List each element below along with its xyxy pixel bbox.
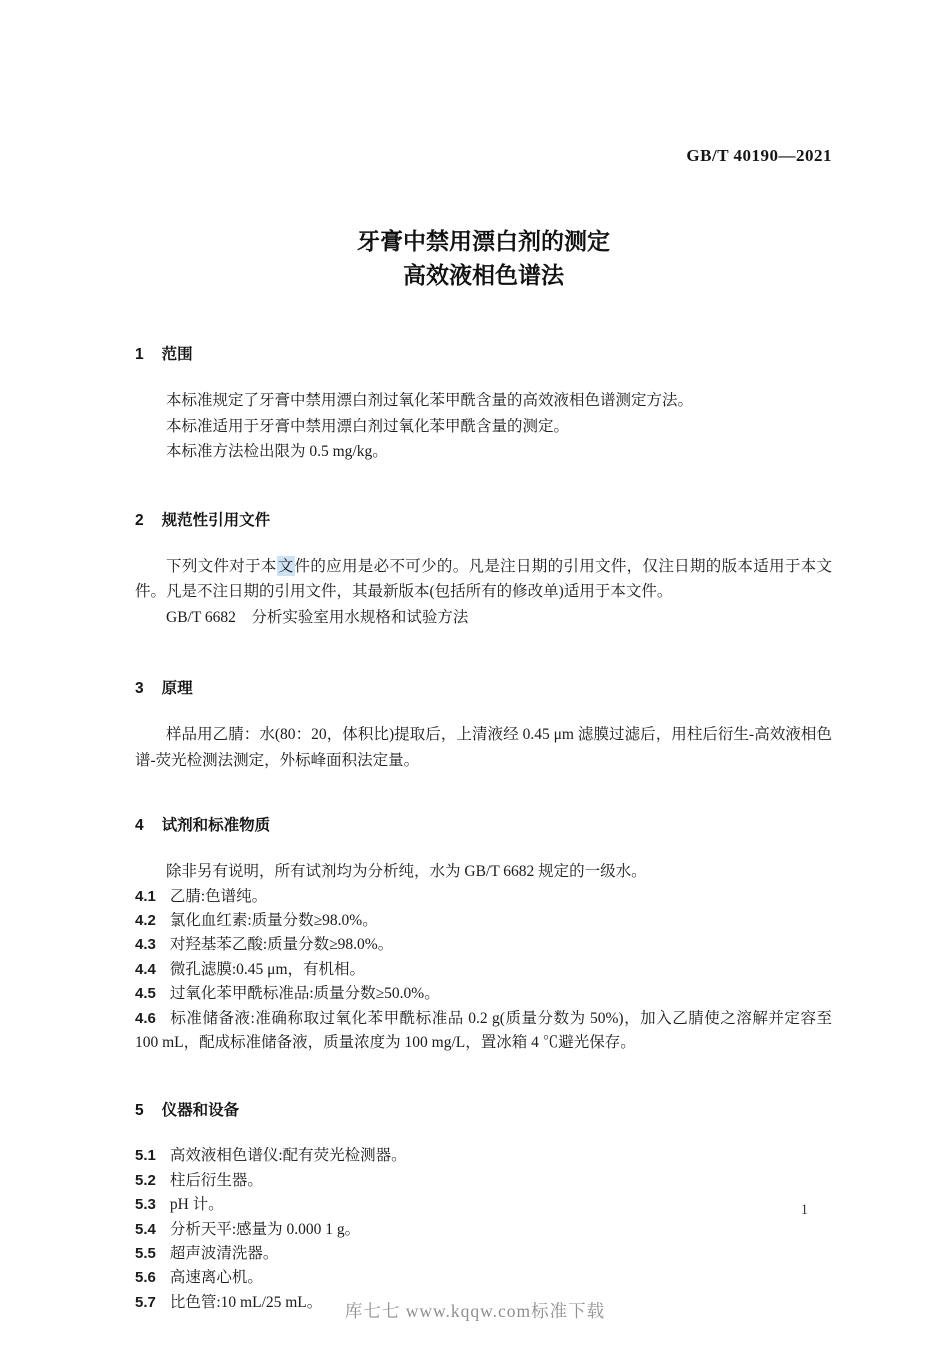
clause-item: 5.1高效液相色谱仪:配有荧光检测器。 [135,1144,832,1168]
section-normative-references: 2规范性引用文件 下列文件对于本文件的应用是必不可少的。凡是注日期的引用文件，仅… [135,508,832,631]
clause-text: 高速离心机。 [170,1269,263,1286]
clause-number: 4.2 [135,912,156,929]
scope-paragraph: 本标准规定了牙膏中禁用漂白剂过氧化苯甲酰含量的高效液相色谱测定方法。 [135,388,832,414]
clause-text: 分析天平:感量为 0.000 1 g。 [170,1221,360,1238]
clause-text: 对羟基苯乙酸:质量分数≥98.0%。 [170,936,393,953]
clause-text: 高效液相色谱仪:配有荧光检测器。 [170,1147,407,1164]
section-scope-heading: 1范围 [135,342,832,364]
clause-item: 4.3对羟基苯乙酸:质量分数≥98.0%。 [135,933,832,957]
page-content: GB/T 40190—2021 牙膏中禁用漂白剂的测定 高效液相色谱法 1范围 … [0,0,950,1315]
section-scope: 1范围 本标准规定了牙膏中禁用漂白剂过氧化苯甲酰含量的高效液相色谱测定方法。 本… [135,342,832,465]
clause-text: 氯化血红素:质量分数≥98.0%。 [170,912,378,929]
clause-number: 5.6 [135,1269,156,1286]
clause-item: 4.4微孔滤膜:0.45 μm，有机相。 [135,958,832,982]
clause-item: 4.2氯化血红素:质量分数≥98.0%。 [135,909,832,933]
clause-text: pH 计。 [170,1196,224,1213]
page-number: 1 [801,1202,808,1219]
clause-number: 4.6 [135,1010,156,1027]
clause-item: 5.4分析天平:感量为 0.000 1 g。 [135,1218,832,1242]
section-reagents-heading: 4试剂和标准物质 [135,813,832,835]
document-title: 牙膏中禁用漂白剂的测定 高效液相色谱法 [135,224,832,292]
section-heading-text: 规范性引用文件 [162,512,271,529]
section-reagents: 4试剂和标准物质 除非另有说明，所有试剂均为分析纯，水为 GB/T 6682 规… [135,813,832,1055]
clause-text: 标准储备液:准确称取过氧化苯甲酰标准品 0.2 g(质量分数为 50%)，加入乙… [135,1010,832,1051]
clause-number: 4.5 [135,985,156,1002]
document-title-line1: 牙膏中禁用漂白剂的测定 [135,224,832,258]
reagents-intro-paragraph: 除非另有说明，所有试剂均为分析纯，水为 GB/T 6682 规定的一级水。 [135,859,832,885]
clause-number: 5.5 [135,1245,156,1262]
watermark-text: 库七七 www.kqqw.com标准下载 [0,1298,950,1323]
section-apparatus-heading: 5仪器和设备 [135,1098,832,1120]
clause-number: 4.4 [135,961,156,978]
document-title-line2: 高效液相色谱法 [135,258,832,292]
section-heading-text: 仪器和设备 [162,1102,240,1119]
clause-number: 4.3 [135,936,156,953]
normative-references-paragraph: 下列文件对于本文件的应用是必不可少的。凡是注日期的引用文件，仅注日期的版本适用于… [135,554,832,605]
clause-item: 5.2柱后衍生器。 [135,1169,832,1193]
apparatus-clause-list: 5.1高效液相色谱仪:配有荧光检测器。 5.2柱后衍生器。 5.3pH 计。 5… [135,1144,832,1315]
clause-number: 5.3 [135,1196,156,1213]
section-heading-text: 试剂和标准物质 [162,817,271,834]
reagents-clause-list: 4.1乙腈:色谱纯。 4.2氯化血红素:质量分数≥98.0%。 4.3对羟基苯乙… [135,885,832,1056]
clause-number: 4.1 [135,888,156,905]
clause-item: 5.3pH 计。 [135,1193,832,1217]
principle-paragraph: 样品用乙腈：水(80：20，体积比)提取后，上清液经 0.45 μm 滤膜过滤后… [135,722,832,773]
scope-paragraph: 本标准适用于牙膏中禁用漂白剂过氧化苯甲酰含量的测定。 [135,414,832,440]
reference-entry: GB/T 6682 分析实验室用水规格和试验方法 [135,605,832,631]
paragraph-text: 下列文件对于本 [166,558,277,575]
section-number: 4 [135,817,144,834]
document-page: GB/T 40190—2021 牙膏中禁用漂白剂的测定 高效液相色谱法 1范围 … [0,0,950,1345]
standard-code: GB/T 40190—2021 [135,146,832,166]
clause-number: 5.1 [135,1147,156,1164]
clause-text: 超声波清洗器。 [170,1245,279,1262]
clause-text: 微孔滤膜:0.45 μm，有机相。 [170,961,365,978]
text-selection-highlight[interactable]: 文 [277,556,295,576]
clause-item: 5.5超声波清洗器。 [135,1242,832,1266]
clause-text: 乙腈:色谱纯。 [170,888,267,905]
section-normative-references-heading: 2规范性引用文件 [135,508,832,530]
scope-paragraph: 本标准方法检出限为 0.5 mg/kg。 [135,439,832,465]
section-number: 3 [135,680,144,697]
section-principle: 3原理 样品用乙腈：水(80：20，体积比)提取后，上清液经 0.45 μm 滤… [135,676,832,773]
clause-number: 5.4 [135,1221,156,1238]
clause-item: 5.6高速离心机。 [135,1266,832,1290]
clause-text: 柱后衍生器。 [170,1172,263,1189]
clause-item: 4.6标准储备液:准确称取过氧化苯甲酰标准品 0.2 g(质量分数为 50%)，… [135,1007,832,1056]
section-apparatus: 5仪器和设备 5.1高效液相色谱仪:配有荧光检测器。 5.2柱后衍生器。 5.3… [135,1098,832,1315]
clause-item: 4.1乙腈:色谱纯。 [135,885,832,909]
section-heading-text: 原理 [162,680,193,697]
clause-number: 5.2 [135,1172,156,1189]
section-number: 2 [135,512,144,529]
clause-text: 过氧化苯甲酰标准品:质量分数≥50.0%。 [170,985,440,1002]
section-heading-text: 范围 [162,346,193,363]
clause-item: 4.5过氧化苯甲酰标准品:质量分数≥50.0%。 [135,982,832,1006]
section-principle-heading: 3原理 [135,676,832,698]
section-number: 1 [135,346,144,363]
section-number: 5 [135,1102,144,1119]
